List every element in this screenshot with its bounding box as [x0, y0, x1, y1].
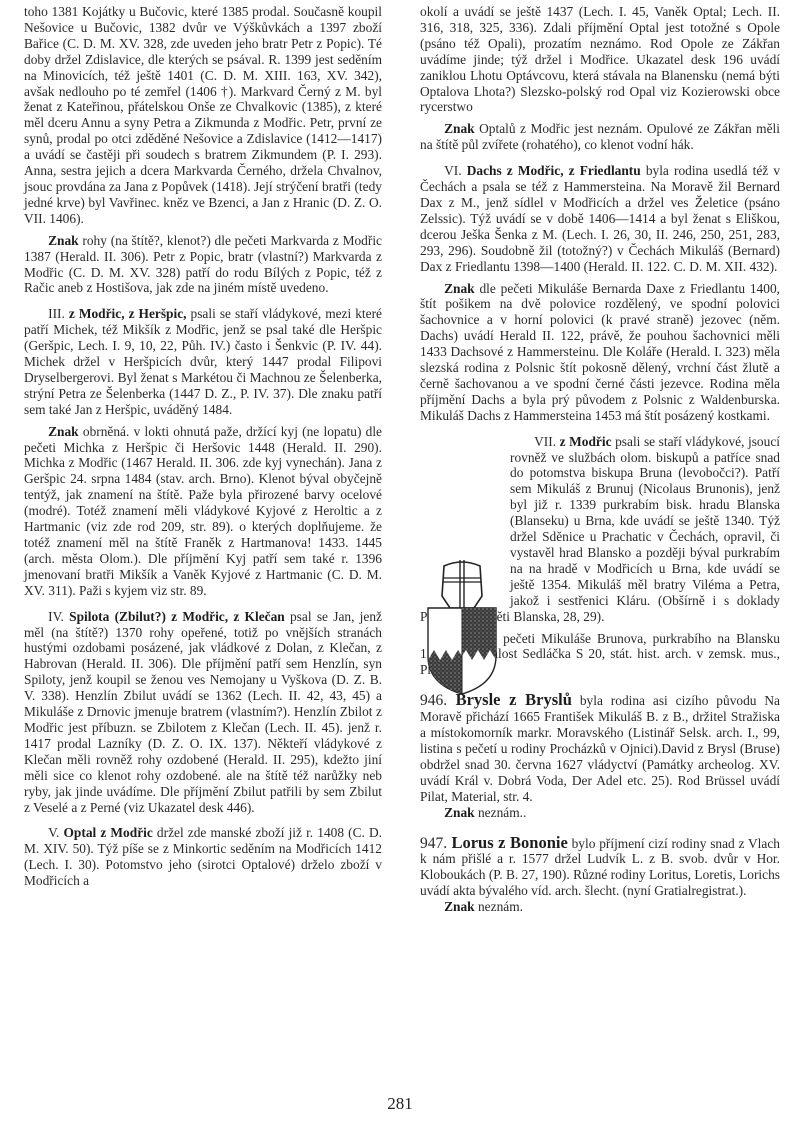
znak-label: Znak [444, 899, 475, 914]
znak-label: Znak [48, 424, 79, 439]
section-iv: IV. Spilota (Zbilut?) z Modřic, z Klečan… [24, 609, 382, 816]
paragraph-continued: okolí a uvádí se ještě 1437 (Lech. I. 45… [420, 4, 780, 115]
page-number: 281 [0, 1094, 800, 1114]
coat-of-arms-icon [422, 556, 502, 696]
znak-paragraph-946: Znak neznám.. [420, 805, 780, 821]
section-title: z Modřic [560, 434, 612, 449]
right-column: okolí a uvádí se ještě 1437 (Lech. I. 45… [420, 4, 780, 915]
section-title: z Modřic, z Heršpic, [69, 306, 187, 321]
section-title: Optal z Modřic [64, 825, 153, 840]
section-title: Spilota (Zbilut?) z Modřic, z Klečan [69, 609, 285, 624]
znak-paragraph-vi: Znak dle pečeti Mikuláše Bernarda Daxe z… [420, 281, 780, 424]
left-column: toho 1381 Kojátky u Bučovic, které 1385 … [24, 4, 382, 889]
document-page: toho 1381 Kojátky u Bučovic, které 1385 … [0, 0, 800, 1124]
section-v: V. Optal z Modřic držel zde manské zboží… [24, 825, 382, 889]
section-vi: VI. Dachs z Modřic, z Friedlantu byla ro… [420, 163, 780, 274]
znak-paragraph-iii: Znak obrněná. v lokti ohnutá paže, držíc… [24, 424, 382, 599]
znak-paragraph-ii: Znak rohy (na štítě?, klenot?) dle pečet… [24, 233, 382, 297]
entry-947: 947. Lorus z Bononie bylo příjmení cizí … [420, 835, 780, 900]
entry-title: Lorus z Bononie [451, 833, 567, 852]
znak-label: Znak [444, 281, 475, 296]
znak-label: Znak [444, 121, 475, 136]
section-title: Dachs z Modřic, z Friedlantu [467, 163, 641, 178]
znak-label: Znak [444, 805, 475, 820]
entry-946: 946. Brysle z Bryslů byla rodina asi ciz… [420, 692, 780, 804]
znak-label: Znak [48, 233, 79, 248]
section-iii: III. z Modřic, z Heršpic, psali se staří… [24, 306, 382, 417]
paragraph-continued: toho 1381 Kojátky u Bučovic, které 1385 … [24, 4, 382, 227]
znak-paragraph-v: Znak Optalů z Modřic jest neznám. Opulov… [420, 121, 780, 153]
znak-paragraph-947: Znak neznám. [420, 899, 780, 915]
